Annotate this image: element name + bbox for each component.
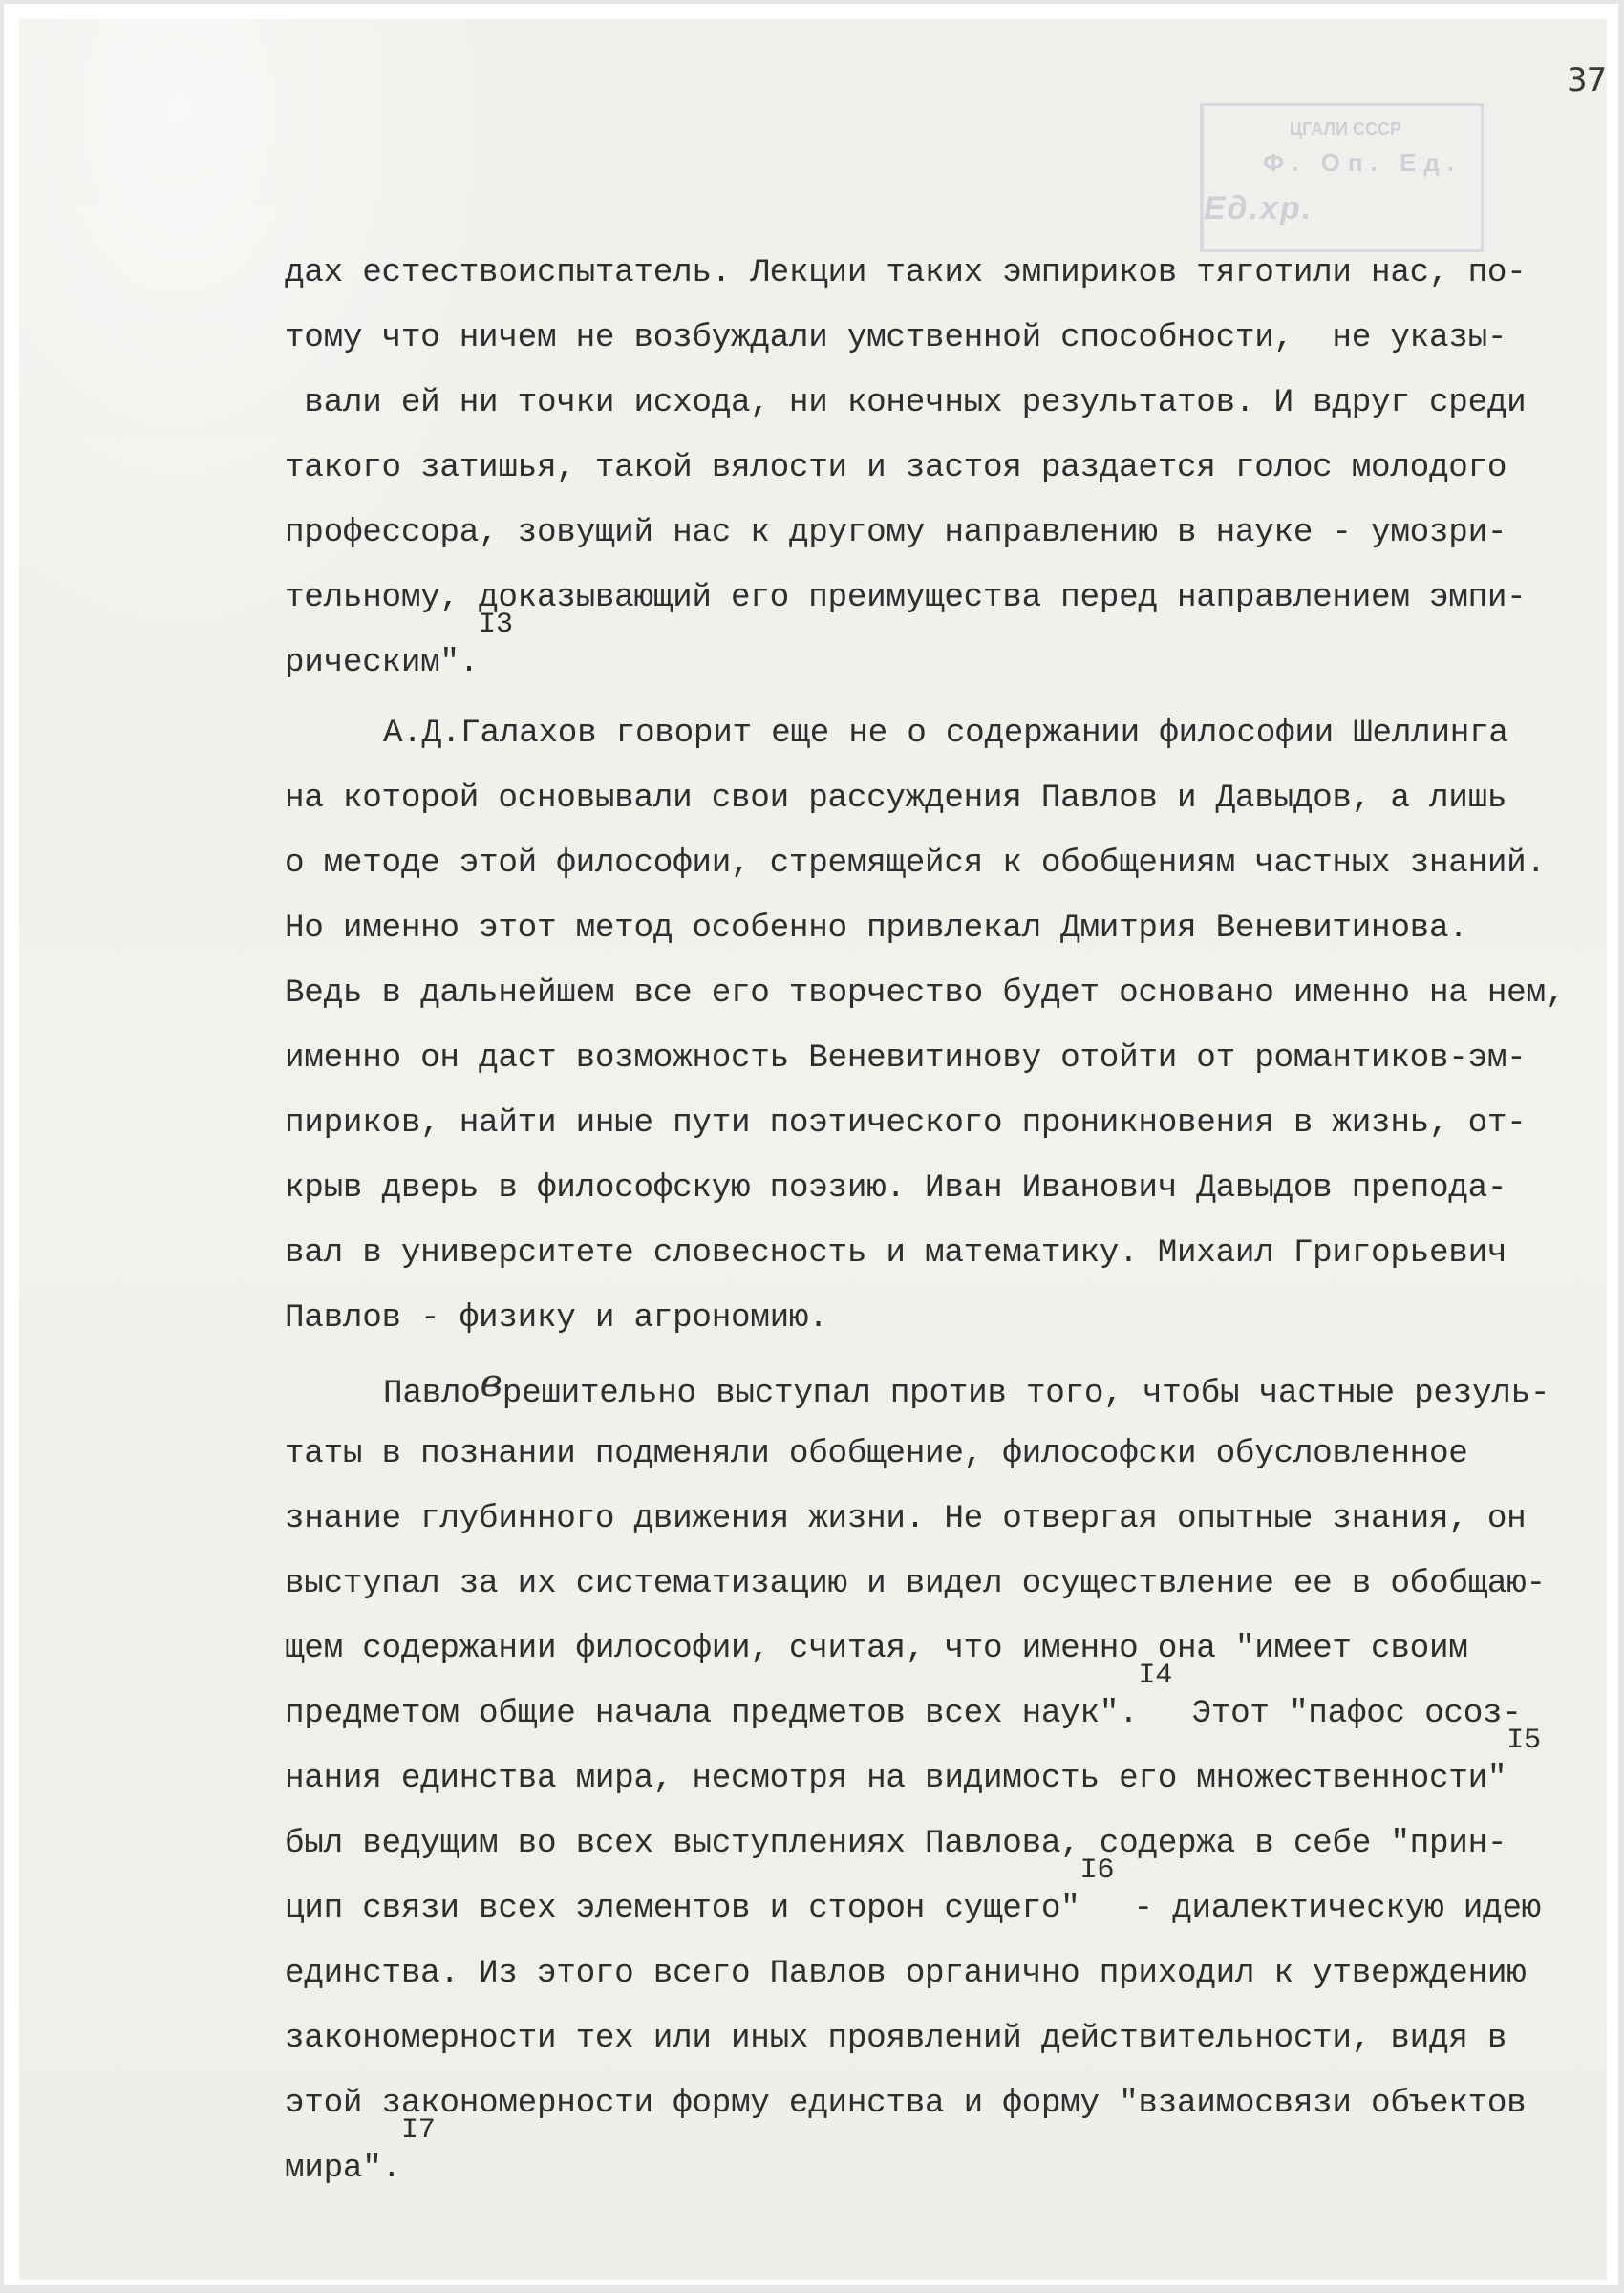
line-text: профессора, зовущий нас к другому направ… bbox=[285, 515, 1506, 551]
line-text: тельному, доказывающий его преимущества … bbox=[285, 580, 1526, 616]
text-line: тому что ничем не возбуждали умственной … bbox=[285, 306, 1624, 371]
line-text: предметом общие начала предметов всех на… bbox=[285, 1696, 1138, 1732]
text-line: пириков, найти иные пути поэтического пр… bbox=[285, 1091, 1624, 1156]
text-line: Ведь в дальнейшем все его творчество буд… bbox=[285, 961, 1624, 1026]
line-text-continued: решительно выступал против того, чтобы ч… bbox=[502, 1376, 1549, 1412]
text-line: именно он даст возможность Веневитинову … bbox=[285, 1026, 1624, 1091]
text-line: крыв дверь в философскую поэзию. Иван Ив… bbox=[285, 1156, 1624, 1221]
line-text: о методе этой философии, стремящейся к о… bbox=[285, 846, 1546, 882]
line-text: именно он даст возможность Веневитинову … bbox=[285, 1040, 1526, 1077]
text-line: мира".I7 bbox=[285, 2136, 1624, 2201]
line-text: тому что ничем не возбуждали умственной … bbox=[285, 320, 1506, 356]
body-text: дах естествоиспытатель. Лекции таких эмп… bbox=[285, 241, 1624, 2201]
line-text-continued: Этот "пафос осоз- bbox=[1172, 1696, 1521, 1732]
text-line: этой закономерности форму единства и фор… bbox=[285, 2071, 1624, 2136]
text-line: вали ей ни точки исхода, ни конечных рез… bbox=[285, 371, 1624, 436]
text-line: Но именно этот метод особенно привлекал … bbox=[285, 896, 1624, 961]
text-line: предметом общие начала предметов всех на… bbox=[285, 1682, 1624, 1747]
line-text: единства. Из этого всего Павлов органичн… bbox=[285, 1956, 1526, 1992]
text-line: был ведущим во всех выступлениях Павлова… bbox=[285, 1811, 1624, 1876]
document-page: 37 ЦГАЛИ СССР Ф. Оп. Ед. Ед.хр. дах есте… bbox=[19, 19, 1607, 2280]
text-line: дах естествоиспытатель. Лекции таких эмп… bbox=[285, 241, 1624, 306]
footnote-ref: I7 bbox=[401, 2114, 436, 2147]
line-text: Ведь в дальнейшем все его творчество буд… bbox=[285, 975, 1565, 1012]
text-line: закономерности тех или иных проявлений д… bbox=[285, 2006, 1624, 2071]
footnote-ref: I5 bbox=[1506, 1725, 1541, 1757]
text-line: на которой основывали свои рассуждения П… bbox=[285, 766, 1624, 831]
text-line: А.Д.Галахов говорит еще не о содержании … bbox=[285, 701, 1624, 766]
line-text: Павлов - физику и агрономию. bbox=[285, 1300, 828, 1337]
stamp-line-3: Ед.хр. bbox=[1204, 190, 1313, 227]
footnote-ref: I4 bbox=[1138, 1660, 1172, 1692]
line-text: вали ей ни точки исхода, ни конечных рез… bbox=[285, 385, 1526, 421]
stamp-line-1: ЦГАЛИ СССР bbox=[1290, 119, 1401, 139]
text-line: нания единства мира, несмотря на видимос… bbox=[285, 1747, 1624, 1811]
text-line: вал в университете словесность и математ… bbox=[285, 1221, 1624, 1286]
line-text: Но именно этот метод особенно привлекал … bbox=[285, 911, 1468, 947]
text-line: такого затишья, такой вялости и застоя р… bbox=[285, 436, 1624, 501]
paragraph: А.Д.Галахов говорит еще не о содержании … bbox=[285, 701, 1624, 1351]
line-text: рическим". bbox=[285, 645, 479, 681]
text-line: Павлов - физику и агрономию. bbox=[285, 1286, 1624, 1351]
line-text: Павло bbox=[383, 1376, 481, 1412]
line-text: А.Д.Галахов говорит еще не о содержании … bbox=[383, 716, 1508, 752]
line-text: крыв дверь в философскую поэзию. Иван Ив… bbox=[285, 1170, 1506, 1207]
line-text: на которой основывали свои рассуждения П… bbox=[285, 781, 1506, 817]
text-line: цип связи всех элементов и сторон сущего… bbox=[285, 1876, 1624, 1941]
paragraph: Павловрешительно выступал против того, ч… bbox=[285, 1357, 1624, 2201]
line-text: цип связи всех элементов и сторон сущего… bbox=[285, 1891, 1079, 1927]
line-text: этой закономерности форму единства и фор… bbox=[285, 2086, 1526, 2122]
text-line: профессора, зовущий нас к другому направ… bbox=[285, 501, 1624, 566]
text-line: Павловрешительно выступал против того, ч… bbox=[285, 1357, 1624, 1422]
text-line: щем содержании философии, считая, что им… bbox=[285, 1617, 1624, 1682]
line-text: щем содержании философии, считая, что им… bbox=[285, 1631, 1468, 1667]
text-line: таты в познании подменяли обобщение, фил… bbox=[285, 1422, 1624, 1487]
text-line: выступал за их систематизацию и видел ос… bbox=[285, 1552, 1624, 1617]
stamp-line-2: Ф. Оп. Ед. bbox=[1263, 148, 1462, 178]
line-text: закономерности тех или иных проявлений д… bbox=[285, 2021, 1506, 2057]
line-text-continued: - диалектическую идею bbox=[1114, 1891, 1541, 1927]
page-number: 37 bbox=[1567, 61, 1606, 99]
handwritten-correction: в bbox=[481, 1361, 502, 1405]
footnote-ref: I3 bbox=[479, 609, 513, 641]
text-line: знание глубинного движения жизни. Не отв… bbox=[285, 1487, 1624, 1552]
line-text: вал в университете словесность и математ… bbox=[285, 1235, 1506, 1272]
text-line: о методе этой философии, стремящейся к о… bbox=[285, 831, 1624, 896]
line-text: знание глубинного движения жизни. Не отв… bbox=[285, 1501, 1526, 1537]
line-text: нания единства мира, несмотря на видимос… bbox=[285, 1761, 1506, 1797]
line-text: был ведущим во всех выступлениях Павлова… bbox=[285, 1826, 1506, 1862]
line-text: такого затишья, такой вялости и застоя р… bbox=[285, 450, 1506, 486]
line-text: выступал за их систематизацию и видел ос… bbox=[285, 1566, 1546, 1602]
scan-frame: 37 ЦГАЛИ СССР Ф. Оп. Ед. Ед.хр. дах есте… bbox=[4, 4, 1618, 2285]
text-line: рическим".I3 bbox=[285, 631, 1624, 696]
footnote-ref: I6 bbox=[1079, 1854, 1114, 1887]
archive-stamp: ЦГАЛИ СССР Ф. Оп. Ед. Ед.хр. bbox=[1200, 103, 1484, 252]
line-text: таты в познании подменяли обобщение, фил… bbox=[285, 1436, 1468, 1472]
paragraph: дах естествоиспытатель. Лекции таких эмп… bbox=[285, 241, 1624, 696]
line-text: мира". bbox=[285, 2151, 401, 2187]
line-text: пириков, найти иные пути поэтического пр… bbox=[285, 1105, 1526, 1142]
text-line: единства. Из этого всего Павлов органичн… bbox=[285, 1941, 1624, 2006]
line-text: дах естествоиспытатель. Лекции таких эмп… bbox=[285, 255, 1526, 291]
